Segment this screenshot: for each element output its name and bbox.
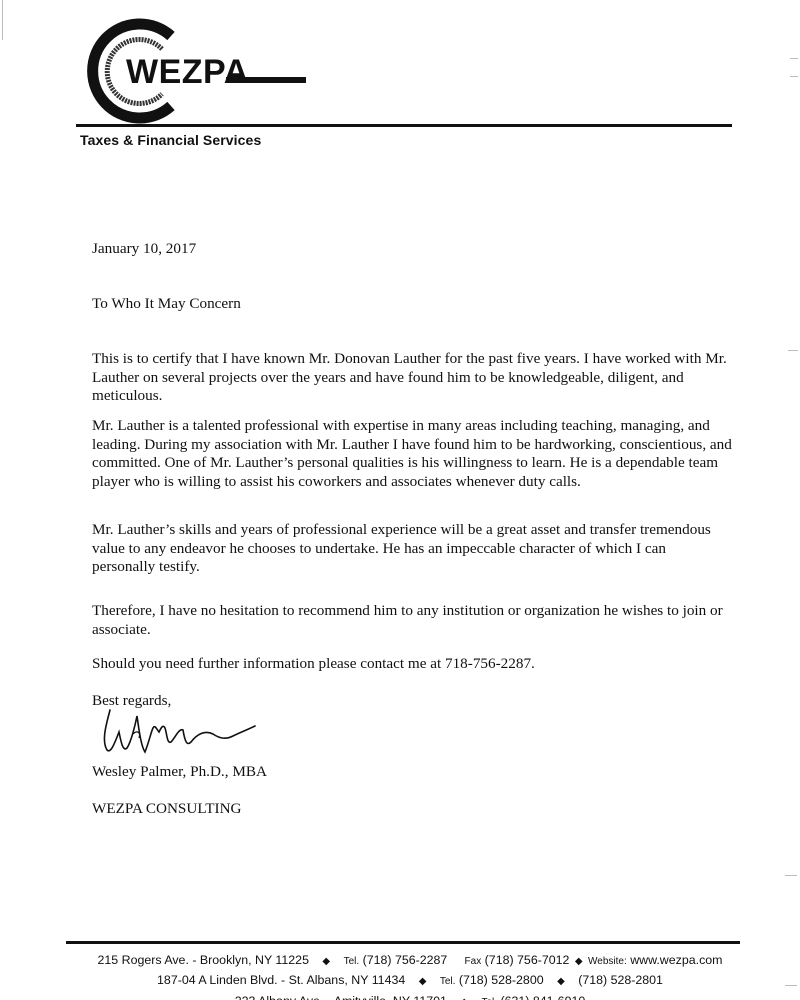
paragraph: Therefore, I have no hesitation to recom… [92,602,732,639]
logo-text: WEZPA [126,53,249,91]
tagline: Taxes & Financial Services [80,132,261,148]
fax-label: Fax [465,956,482,967]
address: 187-04 A Linden Blvd. - St. Albans, NY 1… [157,973,405,987]
footer-line-brooklyn: 215 Rogers Ave. - Brooklyn, NY 11225 ◆ T… [60,950,760,970]
paragraph: This is to certify that I have known Mr.… [92,350,732,406]
diamond-separator-icon: ◆ [557,976,565,987]
scan-artifact [788,350,798,351]
scan-artifact [785,985,797,986]
scan-artifact [790,76,798,77]
wezpa-logo: WEZPA [76,14,316,124]
diamond-separator-icon: ◆ [575,956,583,967]
signer-name: Wesley Palmer, Ph.D., MBA [92,763,267,782]
salutation: To Who It May Concern [92,295,241,314]
paragraph: Mr. Lauther is a talented professional w… [92,417,732,491]
phone: (718) 528-2801 [578,973,663,987]
footer-line-amityville: 223 Albany Ave. - Amityville, NY 11701 ◆… [60,990,760,1000]
phone: (718) 756-2287 [363,953,448,967]
header-divider [76,124,732,127]
phone: (631) 841-6910 [501,994,586,1000]
scan-artifact [785,875,797,876]
footer-divider [66,941,740,944]
diamond-separator-icon: ◆ [419,976,427,987]
address: 215 Rogers Ave. - Brooklyn, NY 11225 [98,953,309,967]
tel-label: Tel. [440,976,456,987]
website-link[interactable]: www.wezpa.com [630,953,722,967]
diamond-separator-icon: ◆ [322,956,330,967]
tel-label: Tel. [344,956,360,967]
paragraph: Should you need further information plea… [92,655,732,674]
website-label: Website: [588,956,627,967]
scan-artifact [2,0,3,40]
scan-artifact [790,58,798,59]
paragraph: Mr. Lauther’s skills and years of profes… [92,521,732,577]
company-name: WEZPA CONSULTING [92,800,242,819]
letter-date: January 10, 2017 [92,240,196,259]
letter-page: WEZPA Taxes & Financial Services January… [0,0,800,1000]
footer: 215 Rogers Ave. - Brooklyn, NY 11225 ◆ T… [60,950,760,1000]
signature-icon [97,702,277,762]
logo-ring-icon: WEZPA [76,14,316,124]
fax: (718) 756-7012 [485,953,570,967]
footer-line-st-albans: 187-04 A Linden Blvd. - St. Albans, NY 1… [60,970,760,990]
phone: (718) 528-2800 [459,973,544,987]
address: 223 Albany Ave. - Amityville, NY 11701 [235,994,447,1000]
